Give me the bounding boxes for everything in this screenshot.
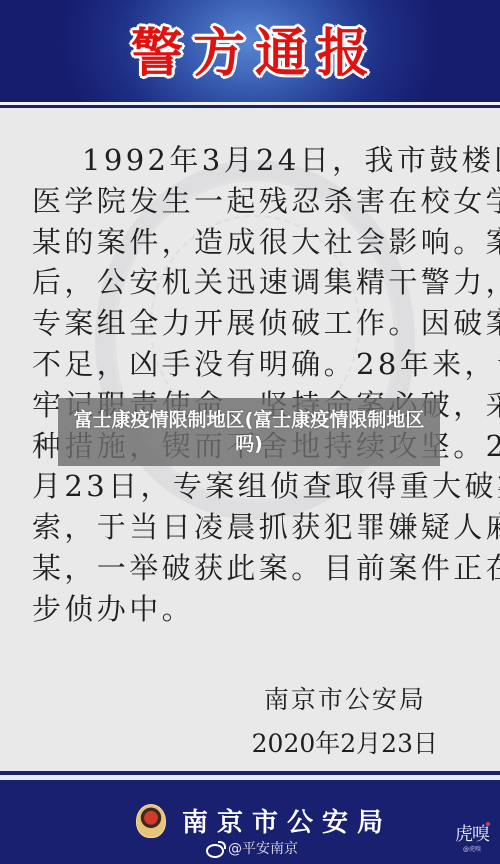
notice-footer: 南京市公安局 @平安南京 虎嗅 @虎嗅 [0, 780, 500, 864]
header-divider-dark [0, 105, 500, 108]
body-line: 专案组全力开展侦破工作。因破案条件 [32, 303, 472, 344]
huxiu-sub-text: @虎嗅 [450, 846, 494, 854]
body-line: 步侦办中。 [32, 589, 472, 630]
body-line: 后，公安机关迅速调集精干警力，组成 [32, 262, 472, 303]
notice-title: 警方通报 [0, 22, 500, 86]
body-line: 某的案件，造成很大社会影响。案发 [32, 222, 472, 263]
huxiu-logo: 虎嗅 [450, 824, 494, 846]
body-line: 索，于当日凌晨抓获犯罪嫌疑人麻某 [32, 507, 472, 548]
signature-date: 2020年2月23日 [252, 722, 438, 766]
huxiu-logo-text: 虎嗅 [455, 824, 489, 845]
footer-organization: 南京市公安局 [182, 802, 392, 839]
body-line: 医学院发生一起残忍杀害在校女学生林 [32, 181, 472, 222]
signature-organization: 南京市公安局 [252, 678, 438, 722]
huxiu-watermark: 虎嗅 @虎嗅 [450, 824, 494, 854]
notice-body: 1992年3月24日，我市鼓楼区原南京 医学院发生一起残忍杀害在校女学生林 某的… [32, 140, 472, 630]
weibo-handle-link[interactable]: @平安南京 [206, 838, 298, 858]
footer-brand: 南京市公安局 [136, 802, 392, 839]
notice-header: 警方通报 [0, 0, 500, 102]
weibo-icon [206, 841, 224, 855]
body-line: 不足，凶手没有明确。28年来，专案组 [32, 344, 472, 385]
police-badge-icon [136, 804, 166, 838]
notice-signature: 南京市公安局 2020年2月23日 [252, 678, 438, 766]
body-line: 某，一举破获此案。目前案件正在进一 [32, 548, 472, 589]
weibo-handle-text: @平安南京 [228, 838, 298, 858]
article-title: 富士康疫情限制地区(富士康疫情限制地区吗) [72, 408, 426, 456]
huxiu-logo-dot-icon [486, 822, 490, 826]
body-line: 月23日，专案组侦查取得重大破案线 [32, 466, 472, 507]
body-line: 1992年3月24日，我市鼓楼区原南京 [32, 140, 472, 181]
article-title-overlay[interactable]: 富士康疫情限制地区(富士康疫情限制地区吗) [58, 398, 440, 466]
